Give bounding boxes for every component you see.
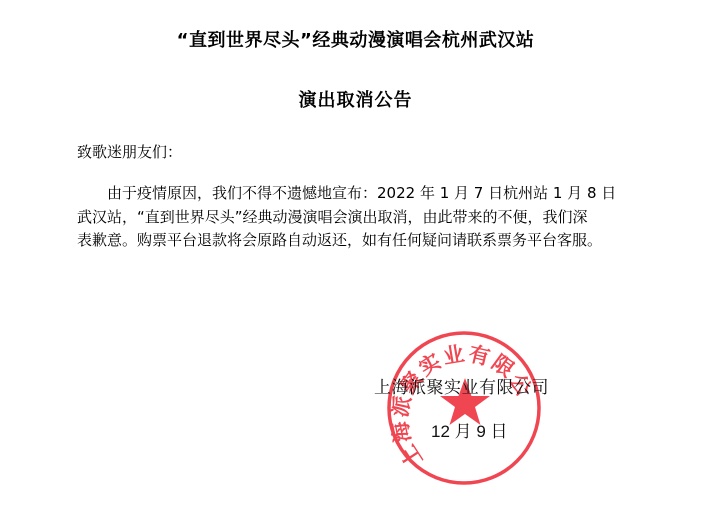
signature: 上海派聚实业有限公司 [374, 378, 549, 398]
body-line-2: 武汉站，“直到世界尽头”经典动漫演唱会演出取消，由此带来的不便，我们深 [77, 206, 633, 230]
signature-date: 12 月 9 日 [431, 422, 508, 442]
page-title: “直到世界尽头”经典动漫演唱会杭州武汉站 [0, 30, 711, 52]
company-seal-icon: 上海派聚实业有限公司 [384, 328, 544, 488]
notice-subtitle: 演出取消公告 [0, 90, 711, 112]
greeting: 致歌迷朋友们： [77, 143, 182, 161]
notice-body: 由于疫情原因，我们不得不遗憾地宣布：2022 年 1 月 7 日杭州站 1 月 … [77, 182, 633, 253]
body-line-3: 表歉意。购票平台退款将会原路自动返还，如有任何疑问请联系票务平台客服。 [77, 229, 633, 253]
body-line-1: 由于疫情原因，我们不得不遗憾地宣布：2022 年 1 月 7 日杭州站 1 月 … [77, 182, 633, 206]
